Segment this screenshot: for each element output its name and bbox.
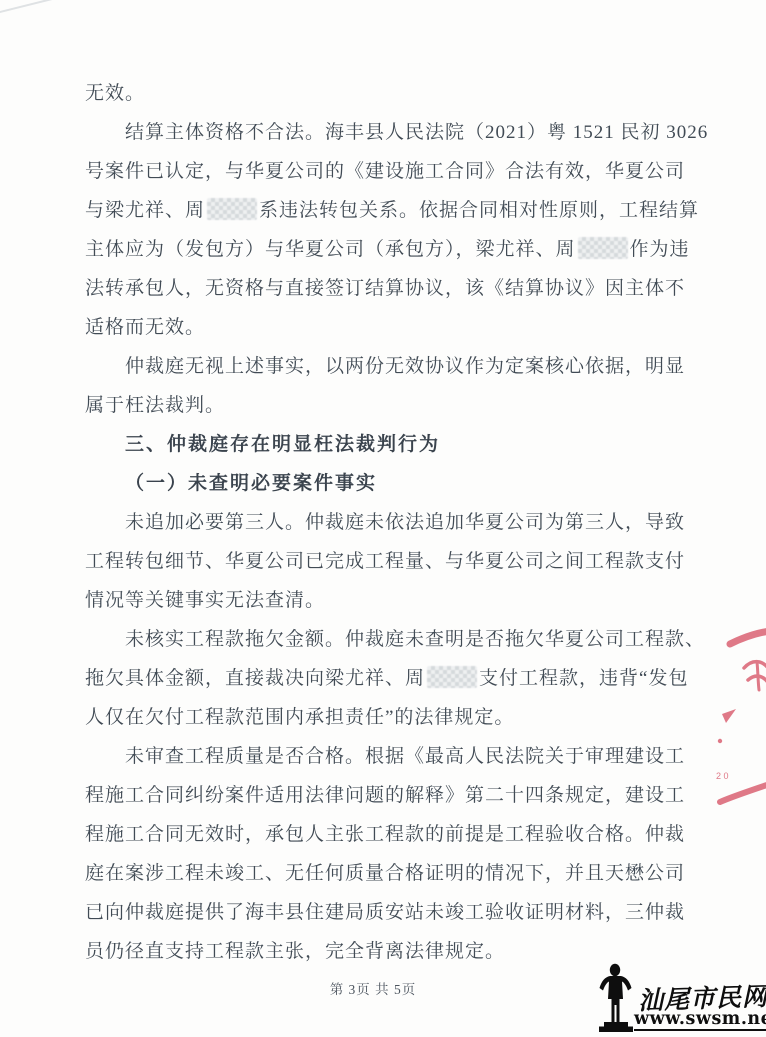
document-text: 无效。结算主体资格不合法。海丰县人民法院（2021）粤 1521 民初 3026…	[85, 74, 685, 971]
text-line: 属于枉法裁判。	[85, 386, 685, 425]
text-line: 庭在案涉工程未竣工、无任何质量合格证明的情况下，并且天懋公司	[85, 854, 685, 893]
text-line: 程施工合同无效时，承包人主张工程款的前提是工程验收合格。仲裁	[85, 815, 685, 854]
heading-line: 三、仲裁庭存在明显枉法裁判行为	[85, 425, 685, 464]
text-line: 人仅在欠付工程款范围内承担责任”的法律规定。	[85, 698, 685, 737]
document-page: 无效。结算主体资格不合法。海丰县人民法院（2021）粤 1521 民初 3026…	[0, 0, 766, 1037]
text-line: 主体应为（发包方）与华夏公司（承包方），梁尤祥、周作为违	[85, 230, 685, 269]
scan-artifact-line	[0, 0, 53, 14]
text-line: 无效。	[85, 74, 685, 113]
person-statue-icon	[594, 963, 638, 1033]
seal-digits: 2 0	[716, 771, 729, 781]
text-line: 已向仲裁庭提供了海丰县住建局质安站未竣工验收证明材料，三仲裁	[85, 893, 685, 932]
text-line: 法转承包人，无资格与直接签订结算协议，该《结算协议》因主体不	[85, 269, 685, 308]
text-line: 仲裁庭无视上述事实，以两份无效协议作为定案核心依据，明显	[85, 347, 685, 386]
heading-line: （一）未查明必要案件事实	[85, 464, 685, 503]
text-line: 适格而无效。	[85, 308, 685, 347]
redaction-mosaic	[427, 666, 477, 688]
redaction-mosaic	[207, 198, 257, 220]
text-line: 情况等关键事实无法查清。	[85, 581, 685, 620]
redaction-mosaic	[578, 237, 628, 259]
text-line: 未核实工程款拖欠金额。仲裁庭未查明是否拖欠华夏公司工程款、	[85, 620, 685, 659]
text-line: 程施工合同纠纷案件适用法律问题的解释》第二十四条规定，建设工	[85, 776, 685, 815]
text-line: 未追加必要第三人。仲裁庭未依法追加华夏公司为第三人，导致	[85, 503, 685, 542]
text-line: 结算主体资格不合法。海丰县人民法院（2021）粤 1521 民初 3026	[85, 113, 685, 152]
text-line: 未审查工程质量是否合格。根据《最高人民法院关于审理建设工	[85, 737, 685, 776]
text-line: 与梁尤祥、周系违法转包关系。依据合同相对性原则，工程结算	[85, 191, 685, 230]
site-watermark: 汕尾市民网 www.swsm.net	[592, 961, 766, 1035]
text-line: 拖欠具体金额，直接裁决向梁尤祥、周支付工程款，违背“发包	[85, 659, 685, 698]
watermark-site-url: www.swsm.net	[634, 1010, 766, 1031]
text-line: 号案件已认定，与华夏公司的《建设施工合同》合法有效，华夏公司	[85, 152, 685, 191]
red-seal-fragment: 2 0	[712, 628, 766, 818]
text-line: 工程转包细节、华夏公司已完成工程量、与华夏公司之间工程款支付	[85, 542, 685, 581]
